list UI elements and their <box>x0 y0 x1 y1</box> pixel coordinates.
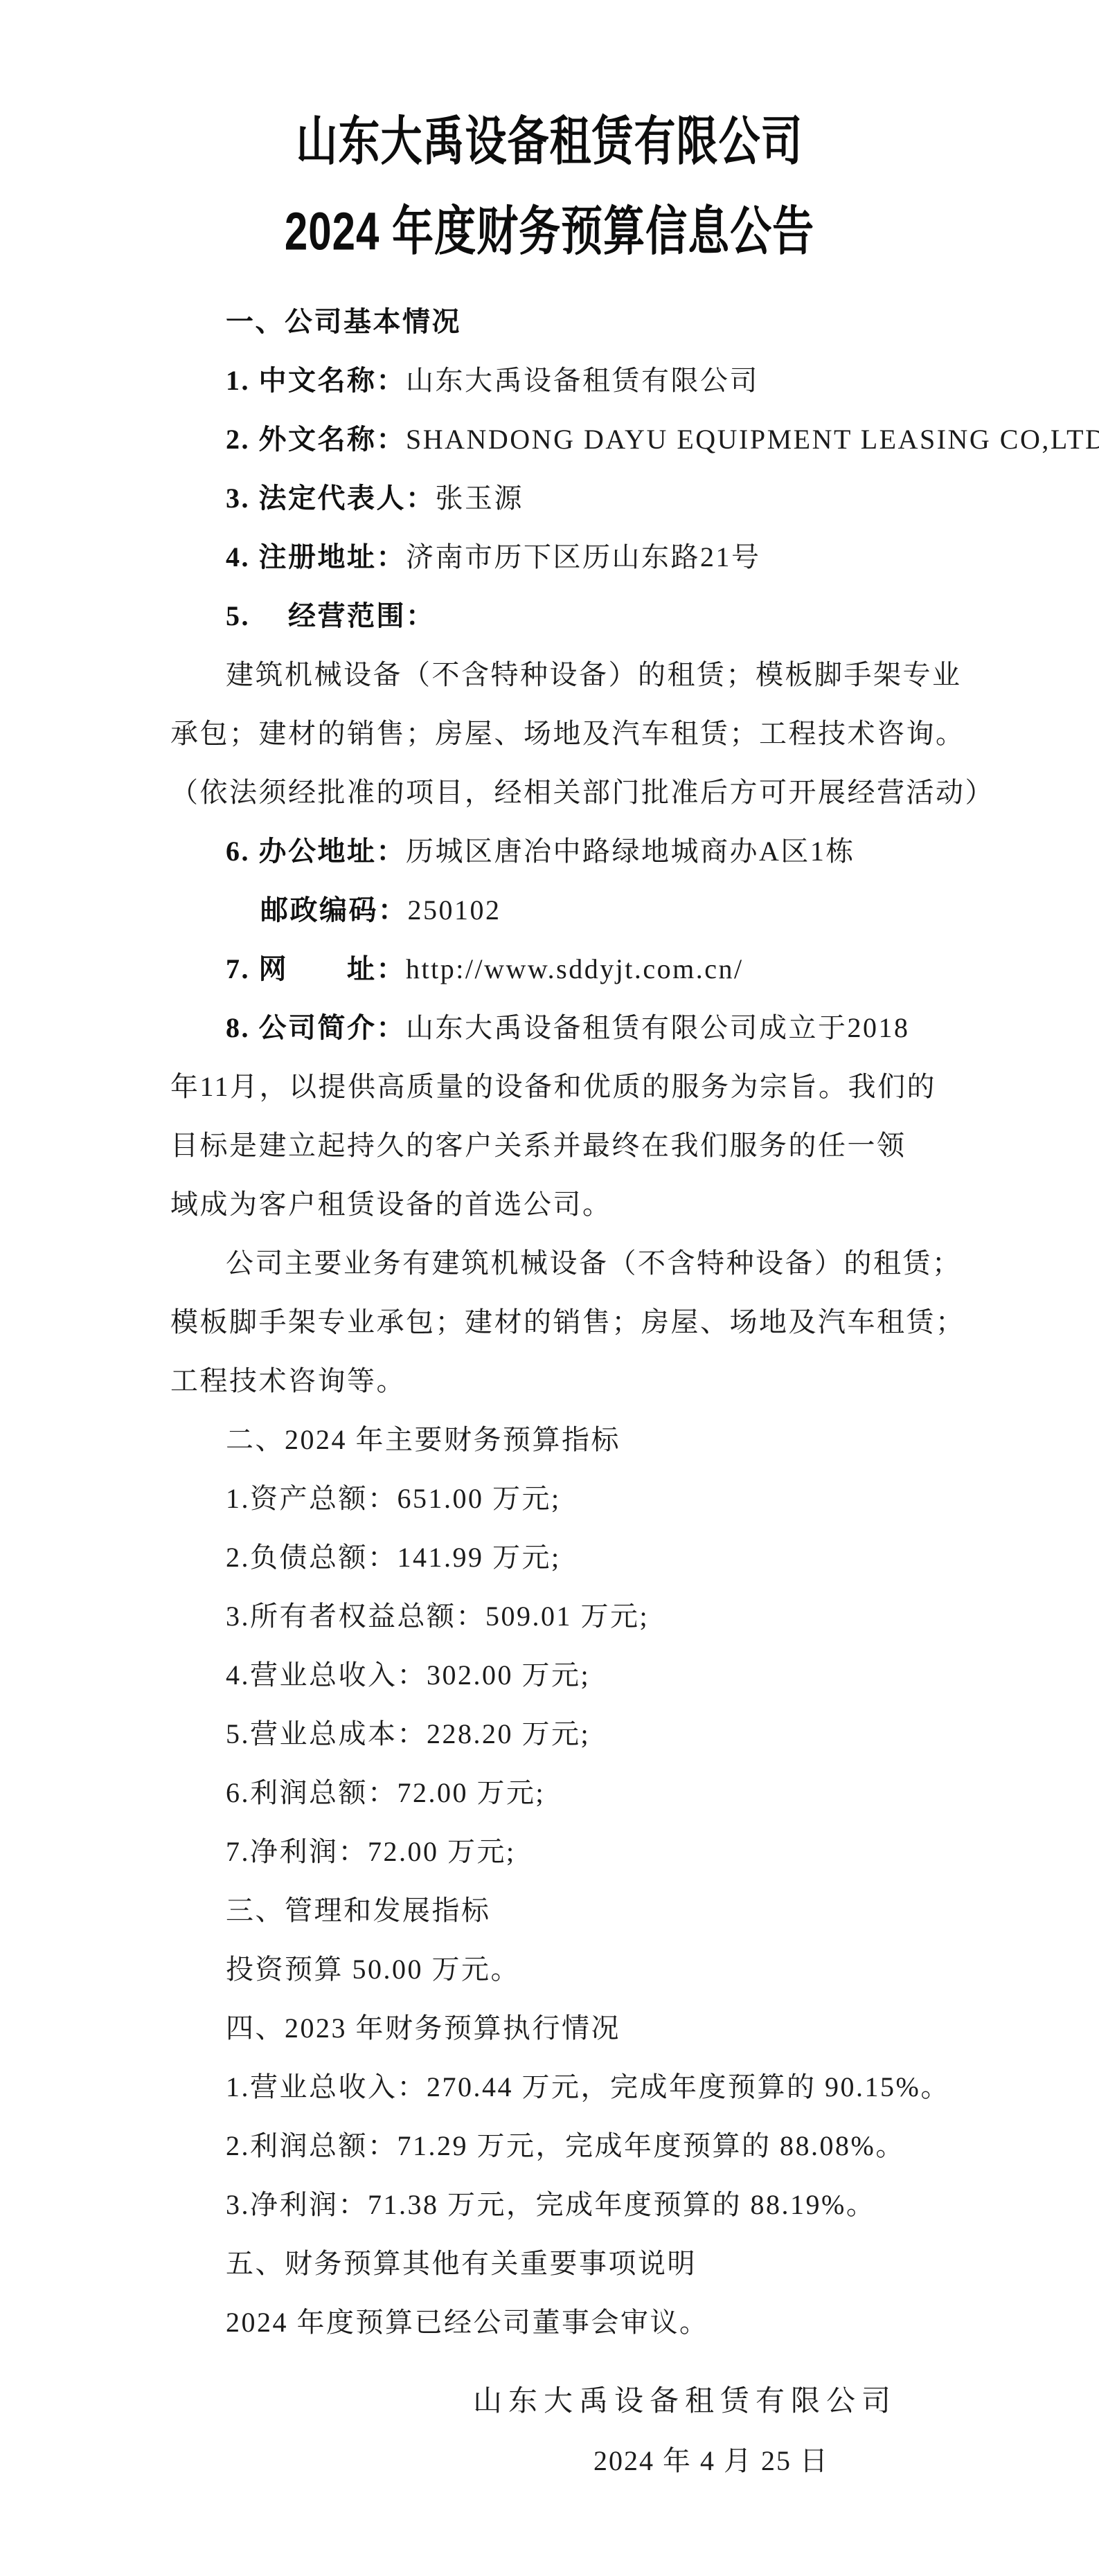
document-line: 5.营业总成本：228.20 万元; <box>170 1704 1002 1763</box>
document-line: 1. 中文名称：山东大禹设备租赁有限公司 <box>170 351 1002 410</box>
line-label: 4. 注册地址： <box>226 541 406 573</box>
line-text: 建筑机械设备（不含特种设备）的租赁；模板脚手架专业 <box>226 659 962 690</box>
document-line: 3.所有者权益总额：509.01 万元; <box>170 1587 1002 1646</box>
line-text: 年11月，以提供高质量的设备和优质的服务为宗旨。我们的 <box>170 1071 936 1102</box>
document-line: 6. 办公地址：历城区唐冶中路绿地城商办A区1栋 <box>170 822 1002 881</box>
document-line: 三、管理和发展指标 <box>170 1881 1002 1940</box>
document-line: 1.资产总额：651.00 万元; <box>170 1469 1002 1528</box>
line-text: 1.营业总收入：270.44 万元，完成年度预算的 90.15%。 <box>226 2071 950 2102</box>
document-line: 承包；建材的销售；房屋、场地及汽车租赁；工程技术咨询。 <box>170 704 1002 763</box>
document-line: 4.营业总收入：302.00 万元; <box>170 1646 1002 1704</box>
line-text: 目标是建立起持久的客户关系并最终在我们服务的任一领 <box>170 1130 906 1161</box>
document-line: 1.营业总收入：270.44 万元，完成年度预算的 90.15%。 <box>170 2057 1002 2116</box>
line-label: 5. 经营范围： <box>226 600 436 631</box>
line-text: 三、管理和发展指标 <box>226 1895 491 1926</box>
line-label: 2. 外文名称： <box>226 424 406 455</box>
signature-company: 山东大禹设备租赁有限公司 <box>0 2372 1099 2431</box>
line-text: 承包；建材的销售；房屋、场地及汽车租赁；工程技术咨询。 <box>170 718 965 749</box>
line-label: 1. 中文名称： <box>226 365 406 396</box>
document-line: 投资预算 50.00 万元。 <box>170 1940 1002 1999</box>
line-text: 域成为客户租赁设备的首选公司。 <box>170 1189 612 1220</box>
line-text: 模板脚手架专业承包；建材的销售；房屋、场地及汽车租赁； <box>170 1306 965 1337</box>
title-line-2: 2024 年度财务预算信息公告 <box>0 187 1099 277</box>
line-label: 6. 办公地址： <box>226 836 406 867</box>
line-text: 投资预算 50.00 万元。 <box>226 1954 520 1985</box>
line-text: SHANDONG DAYU EQUIPMENT LEASING CO,LTD <box>406 424 1099 455</box>
line-label: 邮政编码： <box>260 894 408 926</box>
document-line: 2.负债总额：141.99 万元; <box>170 1528 1002 1587</box>
document-line: 7. 网 址：http://www.sddyjt.com.cn/ <box>170 939 1002 998</box>
line-text: 山东大禹设备租赁有限公司成立于2018 <box>406 1012 910 1043</box>
document-line: 3. 法定代表人：张玉源 <box>170 469 1002 528</box>
document-line: 4. 注册地址：济南市历下区历山东路21号 <box>170 528 1002 586</box>
line-text: 五、财务预算其他有关重要事项说明 <box>226 2248 697 2279</box>
document-line: 工程技术咨询等。 <box>170 1351 1002 1410</box>
line-text: 济南市历下区历山东路21号 <box>406 541 761 573</box>
document-line: 模板脚手架专业承包；建材的销售；房屋、场地及汽车租赁； <box>170 1292 1002 1351</box>
document-line: 二、2024 年主要财务预算指标 <box>170 1410 1002 1469</box>
line-text: 7.净利润：72.00 万元; <box>226 1836 516 1867</box>
document-line: 域成为客户租赁设备的首选公司。 <box>170 1175 1002 1234</box>
document-line: （依法须经批准的项目，经相关部门批准后方可开展经营活动） <box>170 763 1002 822</box>
line-text: 250102 <box>408 894 501 926</box>
line-label: 3. 法定代表人： <box>226 483 436 514</box>
document-line: 公司主要业务有建筑机械设备（不含特种设备）的租赁； <box>170 1234 1002 1292</box>
line-text: 张玉源 <box>436 483 524 514</box>
document-line: 2.利润总额：71.29 万元，完成年度预算的 88.08%。 <box>170 2116 1002 2175</box>
document-line: 2024 年度预算已经公司董事会审议。 <box>170 2293 1002 2352</box>
signature-date: 2024 年 4 月 25 日 <box>0 2431 1099 2490</box>
document-line: 四、2023 年财务预算执行情况 <box>170 1999 1002 2057</box>
line-text: 四、2023 年财务预算执行情况 <box>226 2012 620 2044</box>
document-title: 山东大禹设备租赁有限公司 2024 年度财务预算信息公告 <box>0 0 1099 277</box>
line-text: 4.营业总收入：302.00 万元; <box>226 1659 590 1691</box>
line-text: 工程技术咨询等。 <box>170 1365 406 1396</box>
document-line: 6.利润总额：72.00 万元; <box>170 1763 1002 1822</box>
line-text: 3.所有者权益总额：509.01 万元; <box>226 1601 649 1632</box>
line-label: 7. 网 址： <box>226 953 406 984</box>
document-line: 3.净利润：71.38 万元，完成年度预算的 88.19%。 <box>170 2175 1002 2234</box>
line-text: 2.利润总额：71.29 万元，完成年度预算的 88.08%。 <box>226 2130 905 2161</box>
line-text: （依法须经批准的项目，经相关部门批准后方可开展经营活动） <box>170 777 994 808</box>
line-text: 3.净利润：71.38 万元，完成年度预算的 88.19%。 <box>226 2189 875 2220</box>
document-line: 邮政编码：250102 <box>170 881 1002 939</box>
document-line: 5. 经营范围： <box>170 586 1002 645</box>
document-line: 一、公司基本情况 <box>170 292 1002 351</box>
line-label: 8. 公司简介： <box>226 1012 406 1043</box>
document-line: 7.净利润：72.00 万元; <box>170 1822 1002 1881</box>
document-line: 年11月，以提供高质量的设备和优质的服务为宗旨。我们的 <box>170 1057 1002 1116</box>
document-line: 目标是建立起持久的客户关系并最终在我们服务的任一领 <box>170 1116 1002 1175</box>
line-text: 6.利润总额：72.00 万元; <box>226 1777 545 1808</box>
line-text: 公司主要业务有建筑机械设备（不含特种设备）的租赁； <box>226 1248 962 1279</box>
line-text: 1.资产总额：651.00 万元; <box>226 1483 561 1514</box>
document-line: 2. 外文名称：SHANDONG DAYU EQUIPMENT LEASING … <box>170 410 1002 469</box>
line-text: http://www.sddyjt.com.cn/ <box>406 953 744 984</box>
document-line: 五、财务预算其他有关重要事项说明 <box>170 2234 1002 2293</box>
line-text: 2.负债总额：141.99 万元; <box>226 1542 561 1573</box>
document-line: 建筑机械设备（不含特种设备）的租赁；模板脚手架专业 <box>170 645 1002 704</box>
signature-block: 山东大禹设备租赁有限公司 2024 年 4 月 25 日 <box>0 2372 1099 2490</box>
document-page: 山东大禹设备租赁有限公司 2024 年度财务预算信息公告 一、公司基本情况1. … <box>0 0 1099 2576</box>
line-text: 历城区唐冶中路绿地城商办A区1栋 <box>406 836 855 867</box>
title-line-1: 山东大禹设备租赁有限公司 <box>0 97 1099 187</box>
document-line: 8. 公司简介：山东大禹设备租赁有限公司成立于2018 <box>170 998 1002 1057</box>
line-text: 山东大禹设备租赁有限公司 <box>406 365 759 396</box>
line-text: 二、2024 年主要财务预算指标 <box>226 1424 620 1455</box>
document-body: 一、公司基本情况1. 中文名称：山东大禹设备租赁有限公司2. 外文名称：SHAN… <box>0 292 1099 2352</box>
line-text: 2024 年度预算已经公司董事会审议。 <box>226 2307 709 2338</box>
line-text: 5.营业总成本：228.20 万元; <box>226 1718 590 1749</box>
line-label: 一、公司基本情况 <box>226 306 461 337</box>
